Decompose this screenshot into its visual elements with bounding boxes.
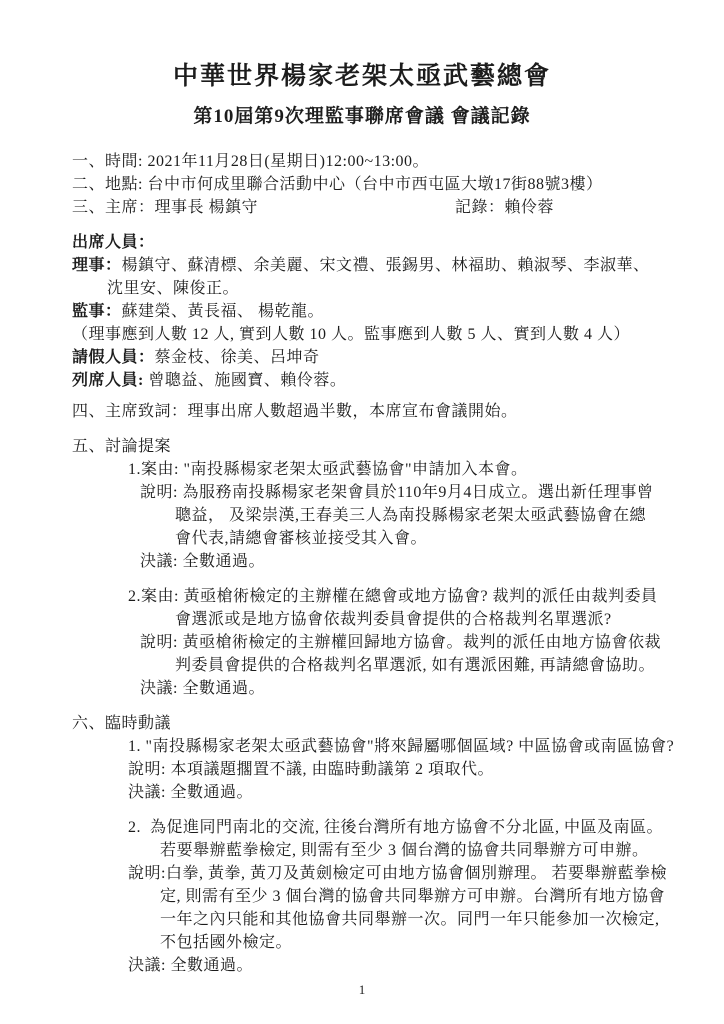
- text-run: 1. "南投縣楊家老架太亟武藝協會"將來歸屬哪個區域? 中區協會或南區協會?: [128, 738, 674, 755]
- bold-label: 監事：: [72, 303, 122, 320]
- doc-line: 2.案由: 黃亟槍術檢定的主辦權在總會或地方協會? 裁判的派任由裁判委員: [72, 585, 694, 608]
- doc-line: 若要舉辦藍拳檢定, 則需有至少 3 個台灣的協會共同舉辦方可申辦。: [72, 839, 694, 862]
- text-run: 說明: 本項議題擱置不議, 由臨時動議第 2 項取代。: [128, 761, 494, 778]
- org-title: 中華世界楊家老架太亟武藝總會: [72, 60, 652, 94]
- doc-line: 決議: 全數通過。: [72, 954, 694, 977]
- text-run: 說明: 黃亟槍術檢定的主辦權回歸地方協會。裁判的派任由地方協會依裁: [140, 634, 661, 651]
- text-run: 楊鎮守、蘇清標、余美麗、宋文禮、張錫男、林福助、賴淑琴、李淑華、: [122, 257, 650, 274]
- doc-line: 2. 為促進同門南北的交流, 往後台灣所有地方協會不分北區, 中區及南區。: [72, 816, 694, 839]
- bold-label: 請假人員：: [72, 349, 155, 366]
- text-run: 會代表,請總會審核並接受其入會。: [175, 530, 427, 547]
- text-run: 五、討論提案: [72, 438, 171, 455]
- text-run: （理事應到人數 12 人, 實到人數 10 人。監事應到人數 5 人、實到人數 …: [72, 326, 630, 343]
- text-run: 一年之內只能和其他協會共同舉辦一次。同門一年只能參加一次檢定,: [160, 911, 660, 928]
- doc-line: 不包括國外檢定。: [72, 931, 694, 954]
- text-run: 定, 則需有至少 3 個台灣的協會共同舉辦方可申辦。台灣所有地方協會: [160, 888, 665, 905]
- document-body: 一、時間: 2021年11月28日(星期日)12:00~13:00。二、地點: …: [72, 150, 694, 977]
- text-run: 四、主席致詞：理事出席人數超過半數，本席宣布會議開始。: [72, 403, 518, 420]
- bold-label: 列席人員:: [72, 372, 144, 389]
- doc-line: 三、主席：理事長 楊鎮守記錄：賴伶蓉: [72, 196, 694, 219]
- doc-line: 出席人員：: [72, 231, 694, 254]
- doc-line: 二、地點: 台中市何成里聯合活動中心（台中市西屯區大墩17街88號3樓）: [72, 173, 694, 196]
- doc-line: 理事：楊鎮守、蘇清標、余美麗、宋文禮、張錫男、林福助、賴淑琴、李淑華、: [72, 254, 694, 277]
- recorder-label: 記錄：賴伶蓉: [455, 196, 554, 219]
- text-run: 2. 為促進同門南北的交流, 往後台灣所有地方協會不分北區, 中區及南區。: [128, 819, 663, 836]
- text-run: 一、時間: 2021年11月28日(星期日)12:00~13:00。: [72, 153, 429, 170]
- text-run: 決議: 全數通過。: [140, 553, 265, 570]
- text-run: 不包括國外檢定。: [160, 934, 292, 951]
- doc-line: 說明:白拳, 黃拳, 黃刀及黃劍檢定可由地方協會個別辦理。 若要舉辦藍拳檢: [72, 862, 694, 885]
- bold-label: 出席人員：: [72, 234, 155, 251]
- text-run: 三、主席：理事長 楊鎮守: [72, 199, 258, 216]
- text-run: 六、臨時動議: [72, 715, 171, 732]
- doc-line: 沈里安、陳俊正。: [72, 277, 694, 300]
- document-page: 中華世界楊家老架太亟武藝總會 第10屆第9次理監事聯席會議 會議記錄 一、時間:…: [0, 0, 724, 1024]
- doc-line: 監事：蘇建榮、黃長福、 楊乾龍。: [72, 300, 694, 323]
- text-run: 說明:白拳, 黃拳, 黃刀及黃劍檢定可由地方協會個別辦理。 若要舉辦藍拳檢: [128, 865, 667, 882]
- text-run: 決議: 全數通過。: [140, 680, 265, 697]
- text-run: 蘇建榮、黃長福、 楊乾龍。: [122, 303, 325, 320]
- doc-line: 六、臨時動議: [72, 712, 694, 735]
- doc-line: 四、主席致詞：理事出席人數超過半數，本席宣布會議開始。: [72, 400, 694, 423]
- text-run: 若要舉辦藍拳檢定, 則需有至少 3 個台灣的協會共同舉辦方可申辦。: [160, 842, 649, 859]
- doc-line: 會選派或是地方協會依裁判委員會提供的合格裁判名單選派?: [72, 608, 694, 631]
- doc-line: 聰益， 及梁崇漢,王春美三人為南投縣楊家老架太亟武藝協會在總: [72, 504, 694, 527]
- doc-line: （理事應到人數 12 人, 實到人數 10 人。監事應到人數 5 人、實到人數 …: [72, 323, 694, 346]
- text-run: 說明: 為服務南投縣楊家老架會員於110年9月4日成立。選出新任理事曾: [140, 484, 653, 501]
- doc-line: 定, 則需有至少 3 個台灣的協會共同舉辦方可申辦。台灣所有地方協會: [72, 885, 694, 908]
- doc-line: 說明: 本項議題擱置不議, 由臨時動議第 2 項取代。: [72, 758, 694, 781]
- doc-line: 五、討論提案: [72, 435, 694, 458]
- text-run: 蔡金枝、徐美、呂坤奇: [155, 349, 320, 366]
- text-run: 決議: 全數通過。: [128, 957, 253, 974]
- text-run: 會選派或是地方協會依裁判委員會提供的合格裁判名單選派?: [175, 611, 612, 628]
- text-run: 沈里安、陳俊正。: [107, 280, 239, 297]
- doc-line: 一年之內只能和其他協會共同舉辦一次。同門一年只能參加一次檢定,: [72, 908, 694, 931]
- meeting-title: 第10屆第9次理監事聯席會議 會議記錄: [72, 104, 652, 130]
- doc-line: 列席人員: 曾聰益、施國寶、賴伶蓉。: [72, 369, 694, 392]
- doc-line: 決議: 全數通過。: [72, 677, 694, 700]
- doc-line: 一、時間: 2021年11月28日(星期日)12:00~13:00。: [72, 150, 694, 173]
- text-run: 2.案由: 黃亟槍術檢定的主辦權在總會或地方協會? 裁判的派任由裁判委員: [128, 588, 658, 605]
- doc-line: 說明: 黃亟槍術檢定的主辦權回歸地方協會。裁判的派任由地方協會依裁: [72, 631, 694, 654]
- text-run: 決議: 全數通過。: [128, 784, 253, 801]
- doc-line: 說明: 為服務南投縣楊家老架會員於110年9月4日成立。選出新任理事曾: [72, 481, 694, 504]
- doc-line: 決議: 全數通過。: [72, 550, 694, 573]
- doc-line: 1. "南投縣楊家老架太亟武藝協會"將來歸屬哪個區域? 中區協會或南區協會?: [72, 735, 694, 758]
- text-run: 曾聰益、施國寶、賴伶蓉。: [144, 372, 347, 389]
- doc-line: 會代表,請總會審核並接受其入會。: [72, 527, 694, 550]
- bold-label: 理事：: [72, 257, 122, 274]
- document-header: 中華世界楊家老架太亟武藝總會 第10屆第9次理監事聯席會議 會議記錄: [72, 60, 652, 130]
- doc-line: 判委員會提供的合格裁判名單選派, 如有選派困難, 再請總會協助。: [72, 654, 694, 677]
- text-run: 二、地點: 台中市何成里聯合活動中心（台中市西屯區大墩17街88號3樓）: [72, 176, 602, 193]
- text-run: 1.案由: "南投縣楊家老架太亟武藝協會"申請加入本會。: [128, 461, 528, 478]
- text-run: 聰益， 及梁崇漢,王春美三人為南投縣楊家老架太亟武藝協會在總: [175, 507, 646, 524]
- doc-line: 決議: 全數通過。: [72, 781, 694, 804]
- doc-line: 請假人員：蔡金枝、徐美、呂坤奇: [72, 346, 694, 369]
- page-number: 1: [72, 981, 652, 999]
- text-run: 判委員會提供的合格裁判名單選派, 如有選派困難, 再請總會協助。: [175, 657, 655, 674]
- doc-line: 1.案由: "南投縣楊家老架太亟武藝協會"申請加入本會。: [72, 458, 694, 481]
